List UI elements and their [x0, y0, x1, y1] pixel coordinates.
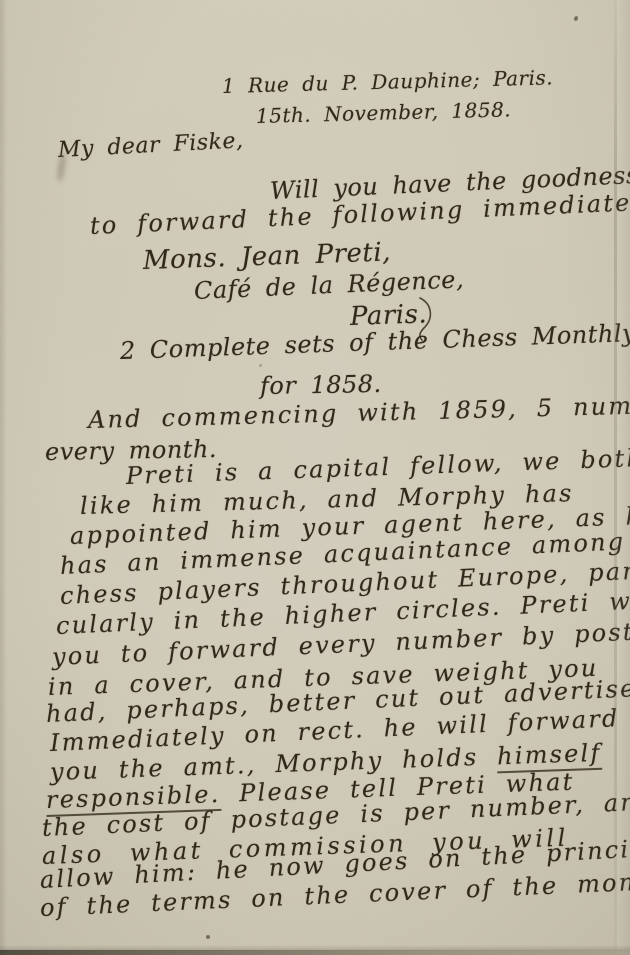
salutation: My dear Fiske,: [57, 128, 244, 163]
page-right-edge: [617, 0, 630, 955]
address-line: 1 Rue du P. Dauphine; Paris.: [222, 65, 554, 98]
order-line: for 1858.: [260, 370, 382, 400]
letter-page: 1 Rue du P. Dauphine; Paris. 15th. Novem…: [0, 0, 630, 955]
ink-speck: [573, 15, 578, 21]
page-left-edge: [0, 0, 7, 955]
date-line: 15th. November, 1858.: [256, 97, 512, 128]
ink-speck: [259, 364, 262, 367]
ink-speck: [206, 935, 210, 939]
page-bottom-edge: [0, 950, 630, 955]
